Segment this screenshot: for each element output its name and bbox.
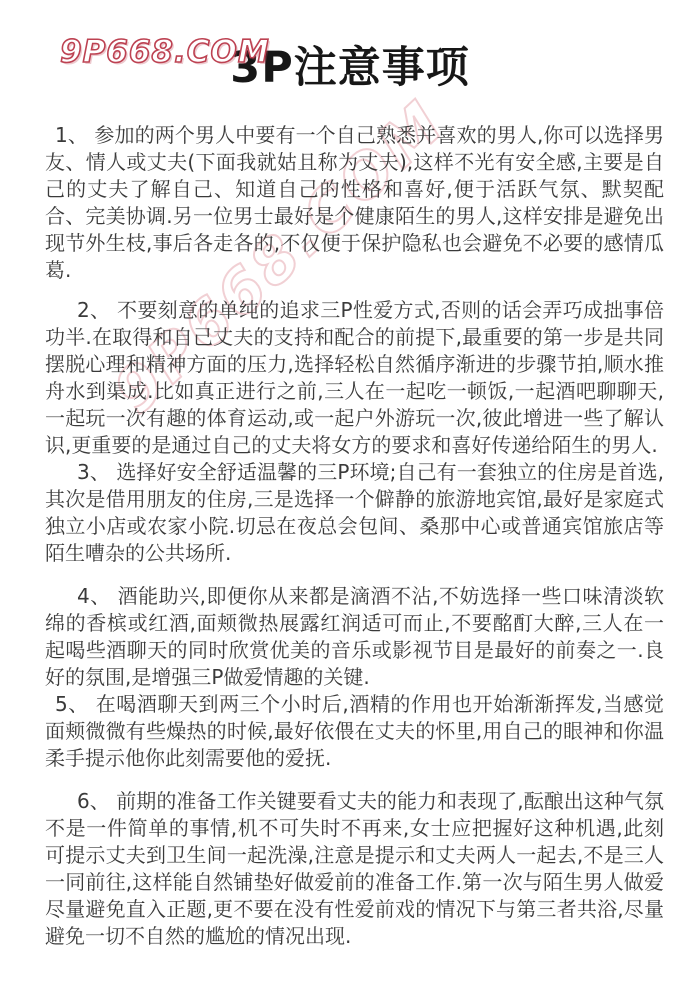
paragraph-4: 4、 酒能助兴,即便你从来都是滴酒不沾,不妨选择一些口味清淡软绵的香槟或红酒,面… <box>45 583 664 691</box>
site-logo: 9P668.COM <box>60 34 270 70</box>
page-header: 9P668.COM 3P注意事项 <box>0 0 700 96</box>
document-page: 9P668.COM 9P668.COM 3P注意事项 1、 参加的两个男人中要有… <box>0 0 700 984</box>
paragraph-2: 2、 不要刻意的单纯的追求三P性爱方式,否则的话会弄巧成拙事倍功半.在取得和自己… <box>45 297 664 459</box>
paragraph-3: 3、 选择好安全舒适温馨的三P环境;自己有一套独立的住房是首选,其次是借用朋友的… <box>45 459 664 567</box>
paragraph-6: 6、 前期的准备工作关键要看丈夫的能力和表现了,酝酿出这种气氛不是一件简单的事情… <box>45 788 664 950</box>
paragraph-5: 5、 在喝酒聊天到两三个小时后,酒精的作用也开始渐渐挥发,当感觉面颊微微有些燥热… <box>45 691 664 772</box>
paragraph-1: 1、 参加的两个男人中要有一个自己熟悉并喜欢的男人,你可以选择男友、情人或丈夫(… <box>45 122 664 284</box>
article-body: 1、 参加的两个男人中要有一个自己熟悉并喜欢的男人,你可以选择男友、情人或丈夫(… <box>0 122 700 950</box>
